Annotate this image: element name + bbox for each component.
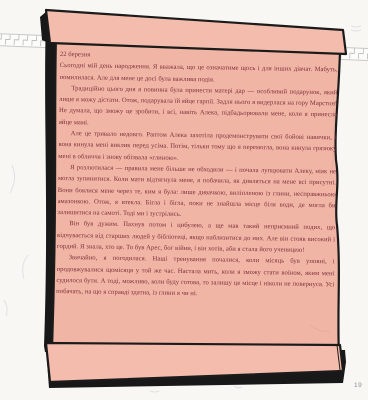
diary-paragraph: Він був дужим. Пахнув потом і цибулею, а… xyxy=(57,218,335,256)
comic-page: ┌┘┌┘┌┘┌┘┌┘┌┘┌┘┌┘┌┘┌┘┌┘┌┘┌┘┌┘┌┘┌┘┌┘┌┘┌┘┌┘… xyxy=(0,0,368,400)
page-number: 19 xyxy=(354,382,362,389)
diary-paragraph: Звичайно, я погодилася. Наші тренування … xyxy=(56,252,335,302)
diary-paragraph: Я розлютилася — правила мене більше не о… xyxy=(57,162,336,223)
diary-entry: 22 березня Сьогодні мій день народження.… xyxy=(56,49,338,302)
diary-paragraph: Традиційно цього дня я повинна була прин… xyxy=(59,83,338,133)
diary-paragraph: Але це тривало недовго. Раптом Алека зах… xyxy=(58,128,336,166)
